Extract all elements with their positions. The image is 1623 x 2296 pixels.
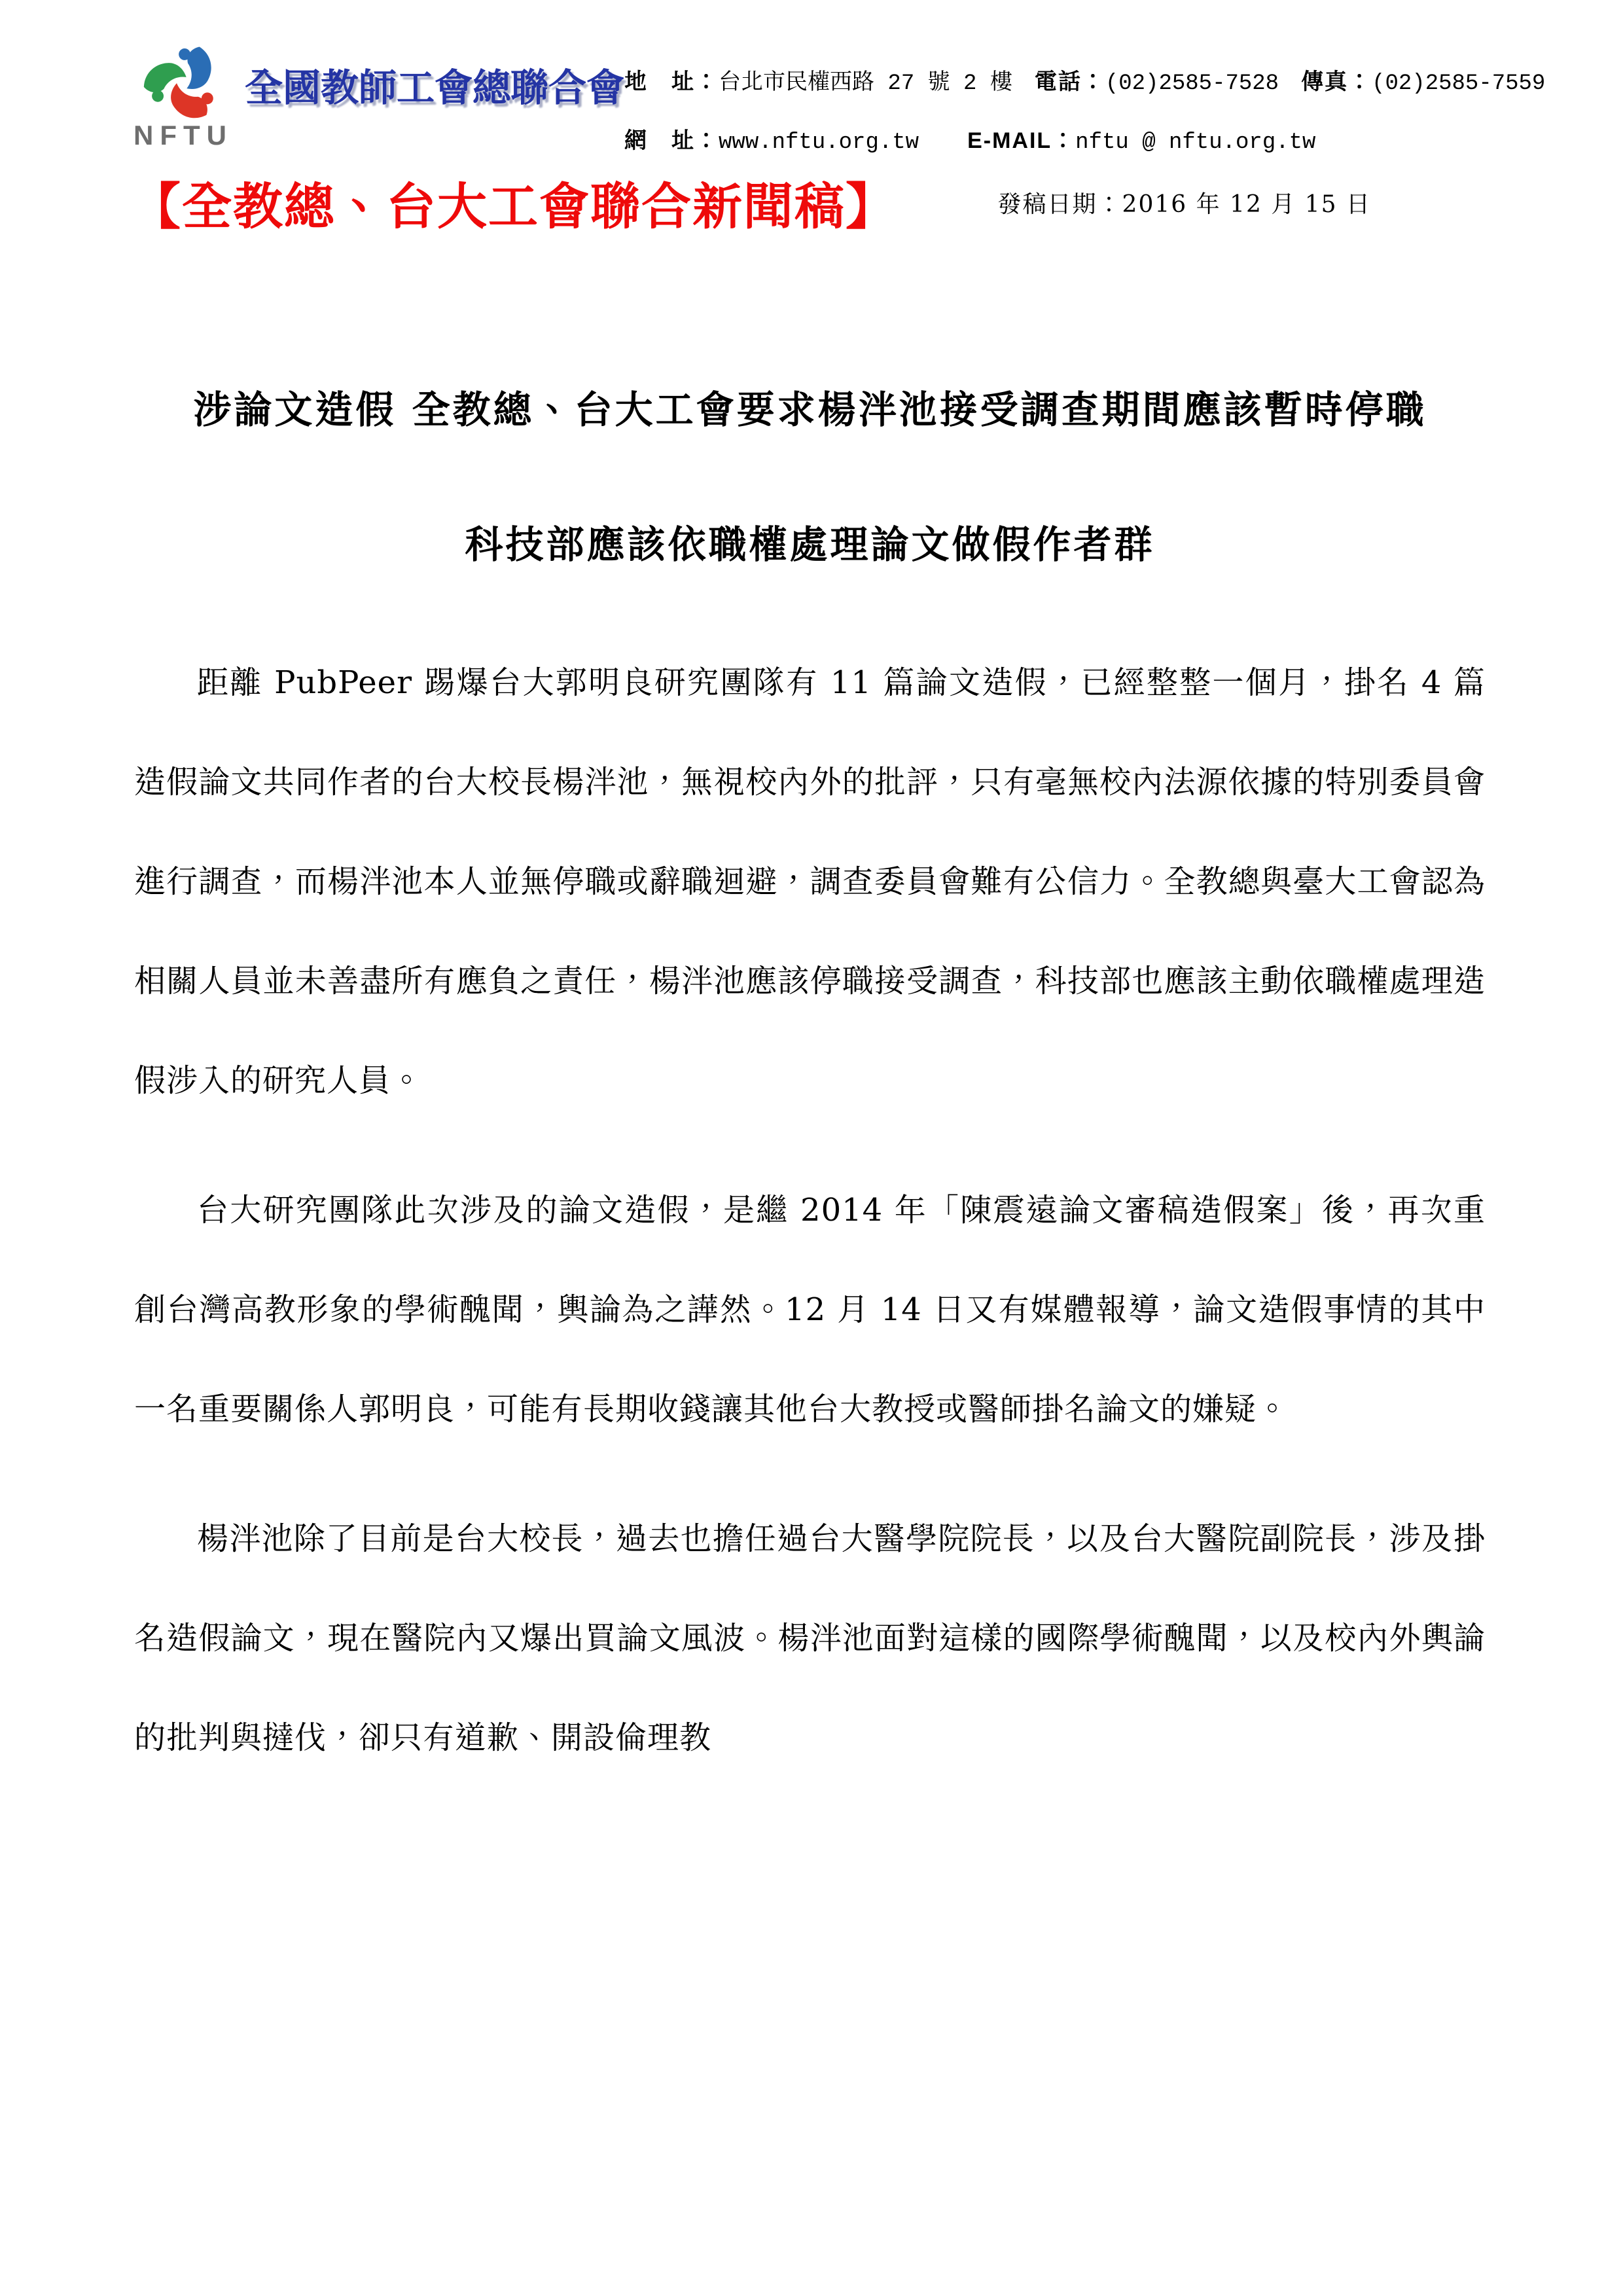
address-value: 台北市民權西路 27 號 2 樓: [719, 63, 1012, 96]
press-release-banner: 【全教總、台大工會聯合新聞稿】: [131, 167, 897, 238]
nftu-triskelion-icon: [134, 36, 232, 120]
nftu-logo: NFTU 全國教師工會總聯合會: [131, 36, 624, 151]
paragraph-1: 距離 PubPeer 踢爆台大郭明良研究團隊有 11 篇論文造假，已經整整一個月…: [134, 633, 1486, 1130]
email-value: nftu @ nftu.org.tw: [1075, 130, 1315, 155]
letterhead: NFTU 全國教師工會總聯合會 地 址： 台北市民權西路 27 號 2 樓 電話…: [0, 0, 1623, 155]
document-body: 涉論文造假 全教總、台大工會要求楊泮池接受調查期間應該暫時停職 科技部應該依職權…: [0, 379, 1623, 1787]
banner-row: 【全教總、台大工會聯合新聞稿】 發稿日期：2016 年 12 月 15 日: [0, 155, 1623, 238]
website-label: 網 址：: [624, 122, 719, 154]
paragraph-2: 台大研究團隊此次涉及的論文造假，是繼 2014 年「陳震遠論文審稿造假案」後，再…: [134, 1160, 1486, 1459]
website-value: www.nftu.org.tw: [719, 130, 919, 155]
org-name: 全國教師工會總聯合會: [245, 67, 624, 109]
nftu-emblem: NFTU: [131, 36, 236, 151]
release-date: 發稿日期：2016 年 12 月 15 日: [998, 186, 1371, 219]
address-label: 地 址：: [624, 63, 719, 96]
document-title-line1: 涉論文造假 全教總、台大工會要求楊泮池接受調查期間應該暫時停職: [134, 379, 1486, 434]
document-title-line2: 科技部應該依職權處理論文做假作者群: [134, 514, 1486, 569]
nftu-acronym: NFTU: [131, 120, 236, 151]
paragraph-3: 楊泮池除了目前是台大校長，過去也擔任過台大醫學院院長，以及台大醫院副院長，涉及掛…: [134, 1489, 1486, 1787]
contact-row-address: 地 址： 台北市民權西路 27 號 2 樓 電話： (02)2585-7528 …: [624, 63, 1545, 96]
contact-row-web: 網 址： www.nftu.org.tw E-MAIL： nftu @ nftu…: [624, 122, 1545, 155]
phone-label: 電話：: [1035, 63, 1105, 96]
press-release-page: NFTU 全國教師工會總聯合會 地 址： 台北市民權西路 27 號 2 樓 電話…: [0, 0, 1623, 2296]
contact-info: 地 址： 台北市民權西路 27 號 2 樓 電話： (02)2585-7528 …: [624, 63, 1545, 155]
fax-label: 傳真：: [1301, 63, 1372, 96]
fax-value: (02)2585-7559: [1372, 71, 1545, 96]
email-label: E-MAIL：: [967, 122, 1075, 154]
phone-value: (02)2585-7528: [1105, 71, 1279, 96]
